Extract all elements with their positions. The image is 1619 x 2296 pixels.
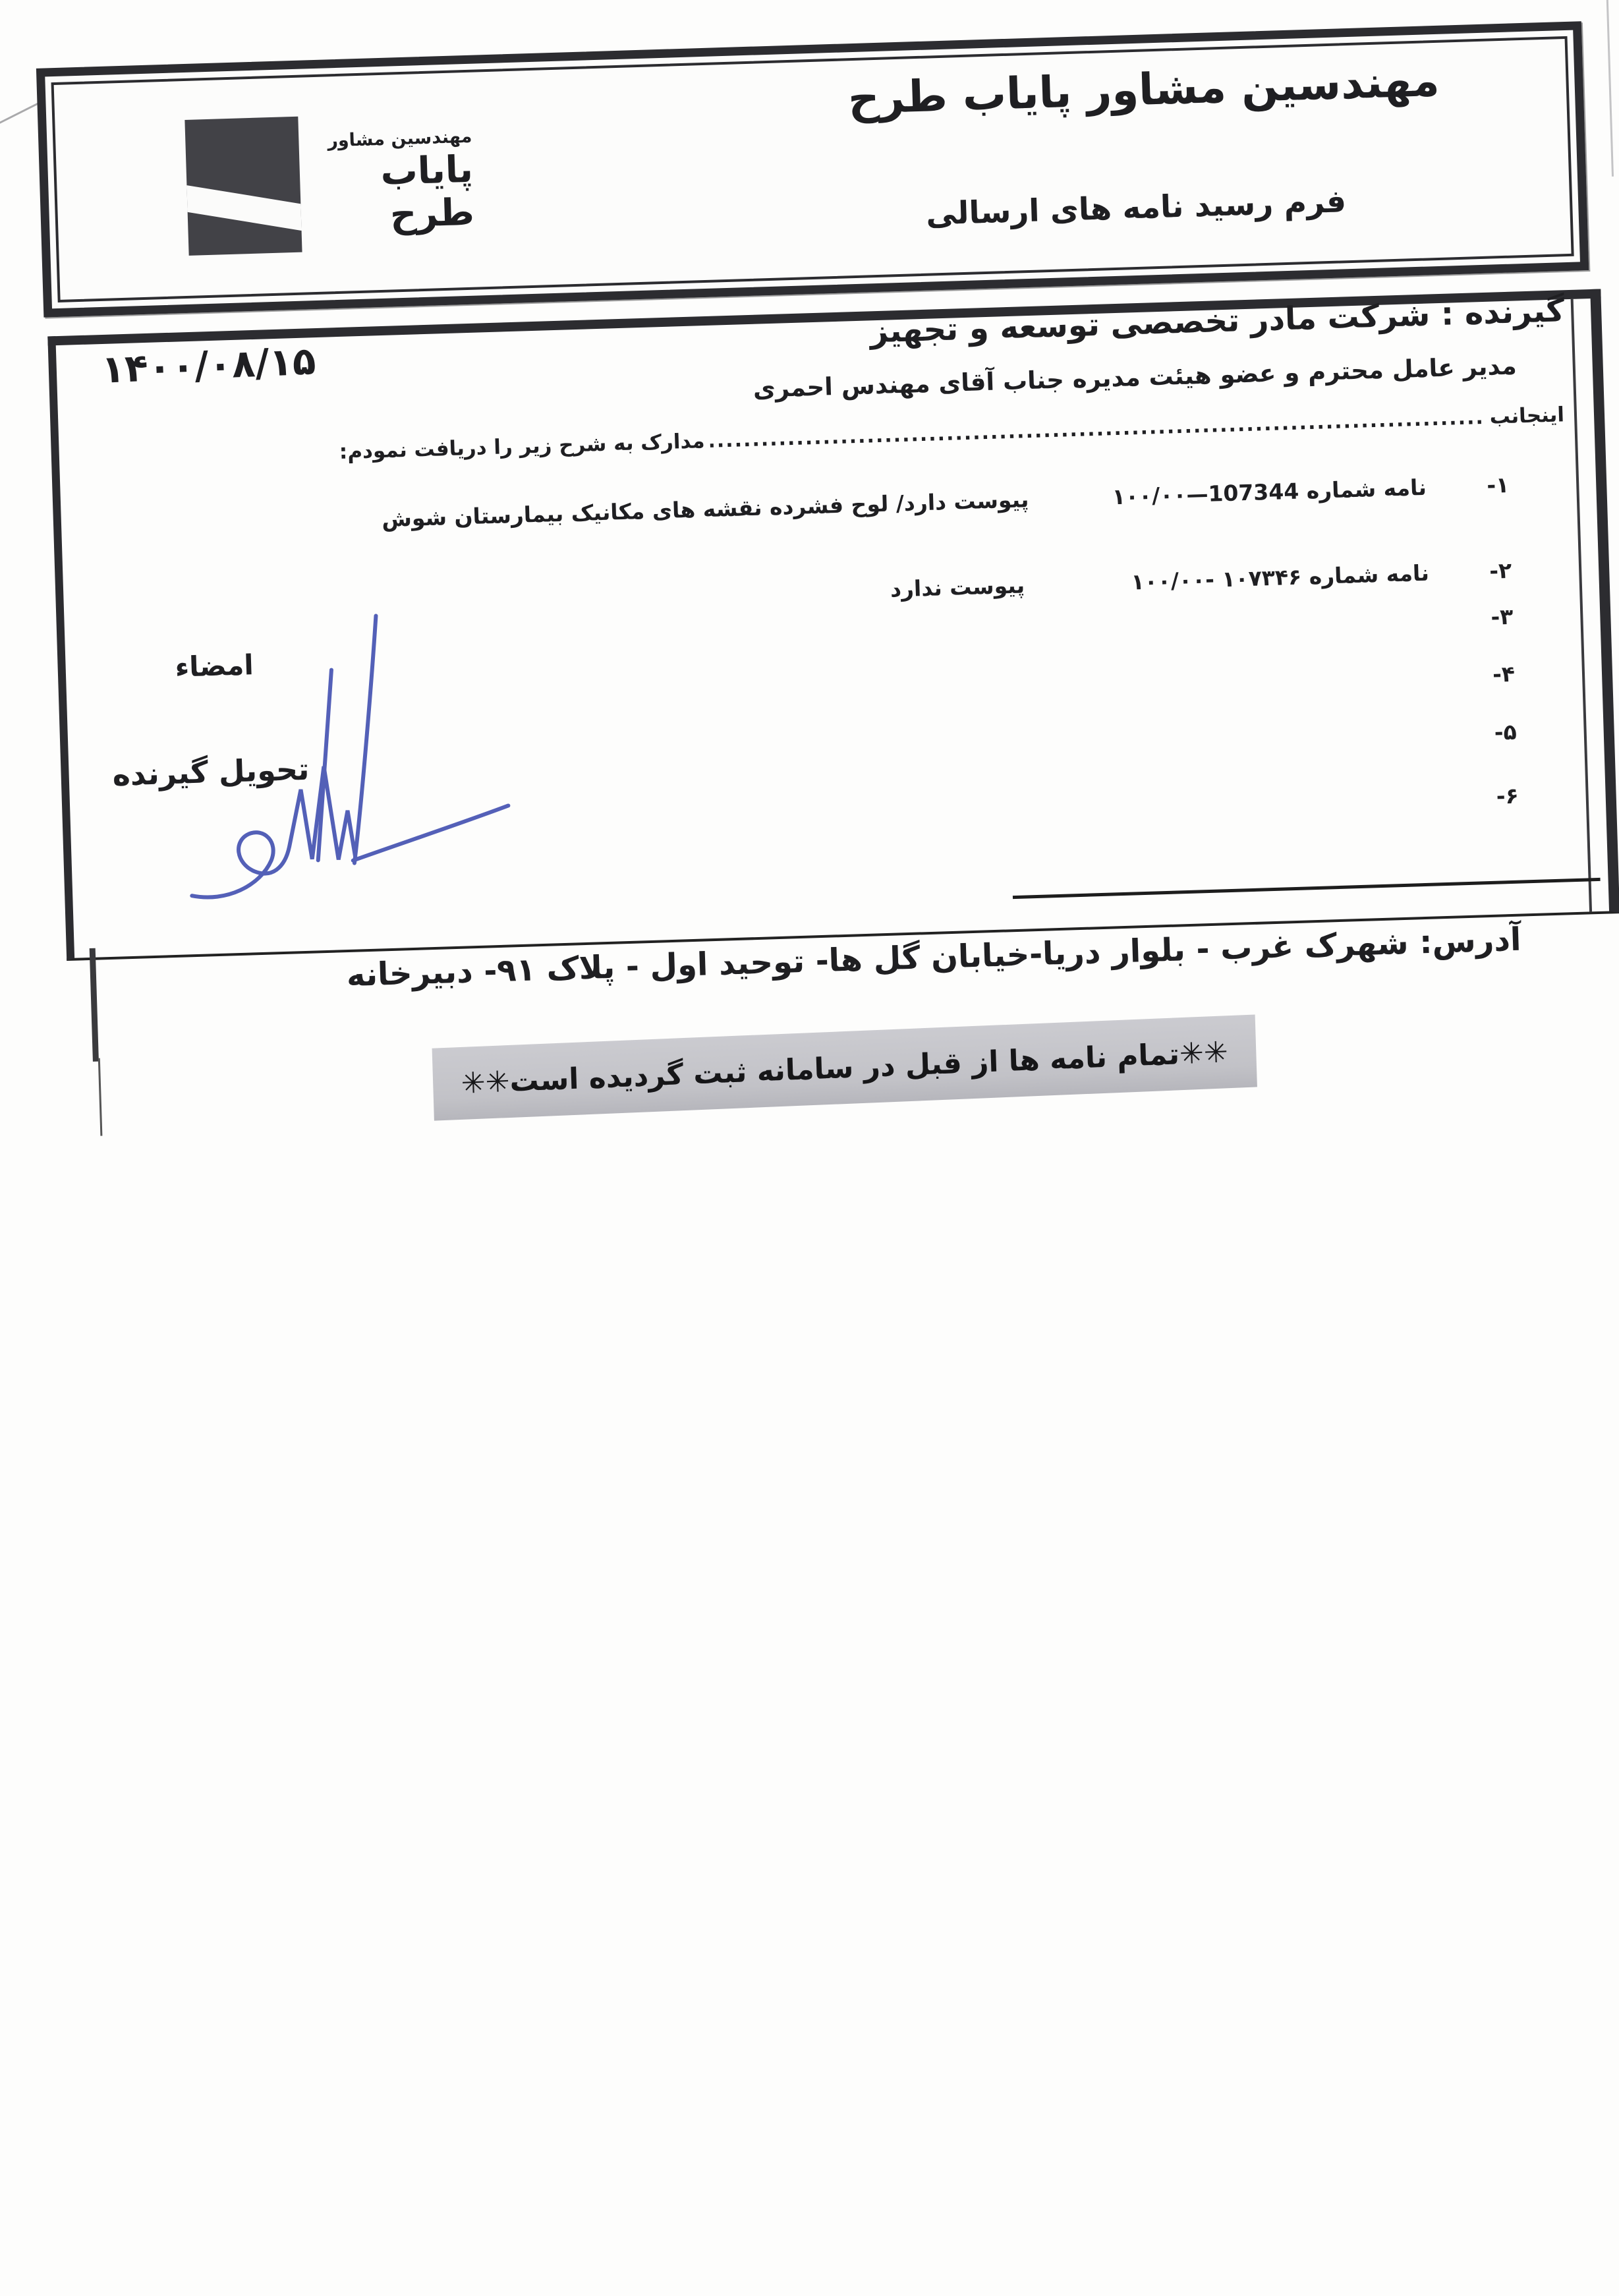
scanned-page: مهندسین مشاور پایاب طرح مهندسین مشاور پا…	[0, 0, 1619, 2296]
item-number: ۲-	[1468, 558, 1512, 585]
item-number: ۴-	[1471, 661, 1515, 688]
handwritten-date: ۱۴۰۰/۰۸/۱۵	[100, 338, 316, 391]
company-logo-icon	[185, 117, 302, 256]
logo-tagline: مهندسین مشاور	[307, 127, 472, 152]
item-number: ۶-	[1475, 783, 1519, 810]
page-edge-artifact-right	[1606, 0, 1614, 177]
item-number: ۳-	[1469, 604, 1514, 631]
list-item-5: ۵-	[1473, 719, 1517, 746]
logo-stripe	[185, 183, 302, 235]
border-artifact	[90, 948, 99, 1062]
header-frame: مهندسین مشاور پایاب طرح مهندسین مشاور پا…	[36, 21, 1589, 317]
item-attachment-note: پیوست ندارد	[890, 572, 1025, 602]
declaration-prefix: اینجانب	[1489, 403, 1564, 428]
item-number: ۱-	[1465, 472, 1510, 499]
list-item-3: ۳-	[1469, 604, 1514, 631]
highlighted-note: ✳✳تمام نامه ها از قبل در سامانه ثبت گردی…	[432, 1014, 1257, 1120]
handwritten-signature	[171, 588, 523, 915]
form-frame-inner-right	[1571, 299, 1592, 912]
list-item-6: ۶-	[1475, 783, 1519, 810]
item-number: ۵-	[1473, 719, 1517, 746]
list-item-4: ۴-	[1471, 661, 1515, 688]
border-artifact-thin	[98, 1058, 103, 1136]
logo-name: پایاب طرح	[308, 148, 475, 239]
logo-text-block: مهندسین مشاور پایاب طرح	[307, 127, 475, 239]
note-text: ✳✳تمام نامه ها از قبل در سامانه ثبت گردی…	[461, 1035, 1228, 1101]
scan-content: مهندسین مشاور پایاب طرح مهندسین مشاور پا…	[0, 0, 1619, 1277]
